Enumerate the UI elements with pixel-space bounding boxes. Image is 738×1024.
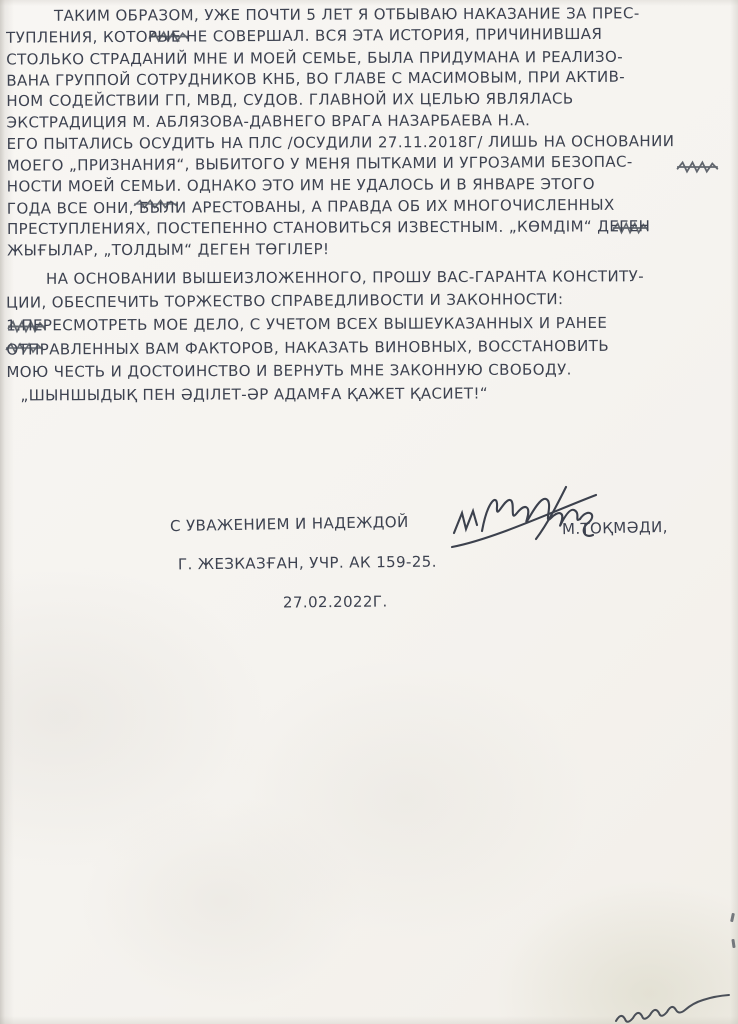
correction-scribble-icon (7, 318, 47, 335)
handwritten-line: „Шыншыдық пен әділет-әр адамға қажет қас… (7, 386, 645, 412)
correction-scribble-icon (133, 198, 179, 210)
handwritten-line: мою честь и достоинство и вернуть мне за… (6, 362, 644, 388)
signature-scribble (446, 479, 610, 553)
edge-ink-mark (731, 939, 735, 948)
correction-scribble-icon (676, 159, 720, 175)
author-address: г. Жезказған, Учр. АК 159-25. (178, 555, 437, 573)
letter-date: 27.02.2022г. (283, 594, 388, 610)
corner-squiggle-icon (612, 973, 738, 1024)
correction-scribble-icon (5, 341, 45, 355)
edge-ink-mark (730, 913, 735, 922)
closing-salutation: С уважением и надеждой (170, 515, 409, 534)
body-paragraph-1: Таким образом, уже почти 5 лет я отбываю… (6, 6, 675, 264)
handwritten-line: преступлениях, постепенно становиться из… (7, 219, 675, 243)
letter-page: Таким образом, уже почти 5 лет я отбываю… (0, 0, 738, 1024)
body-paragraph-2: На основании вышеизложенного, прошу Вас-… (6, 269, 645, 411)
correction-scribble-icon (612, 220, 650, 236)
author-name: М.Тоқмәди, (562, 520, 668, 537)
handwritten-line: жығылар, „толдым“ деген төгілер! (7, 241, 675, 265)
correction-scribble-icon (148, 29, 190, 44)
